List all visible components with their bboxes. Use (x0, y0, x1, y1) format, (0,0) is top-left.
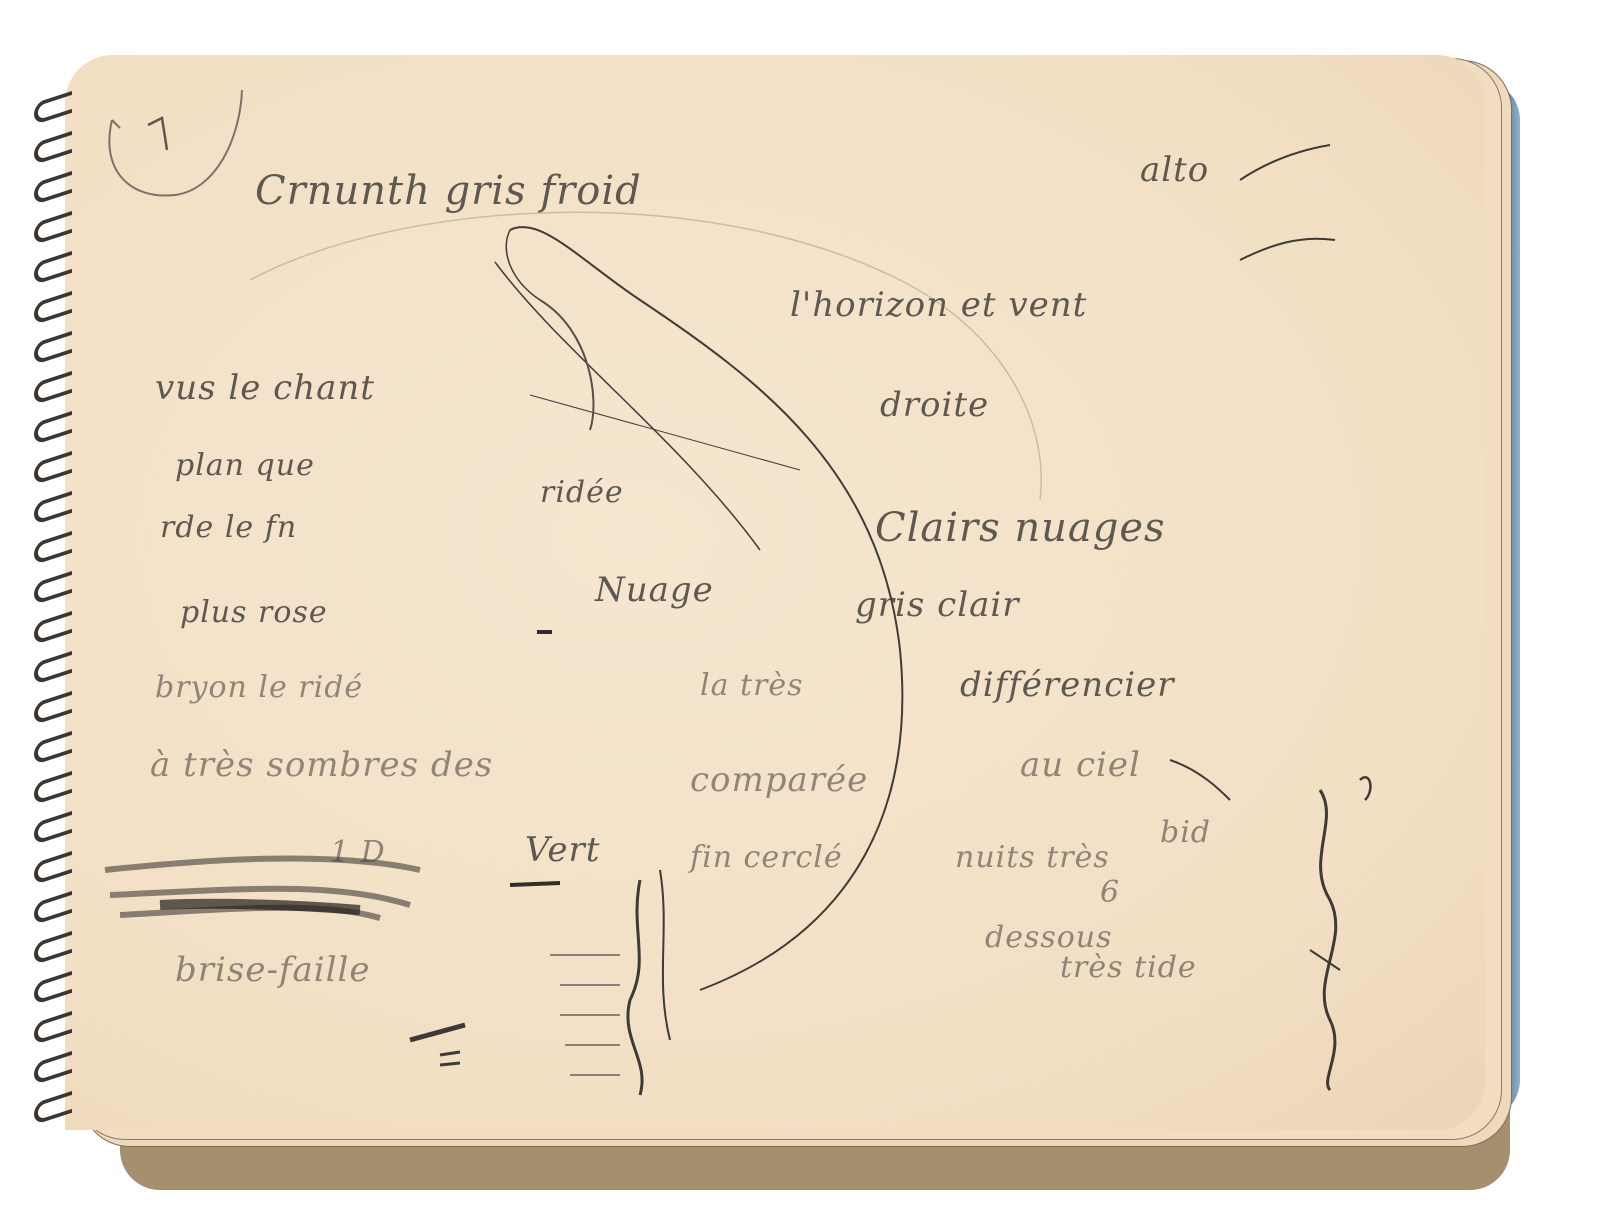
note-line4c-text: ridée (540, 475, 624, 510)
note-line8c-text: fin cerclé (690, 840, 843, 875)
note-line9-text: brise-faille (175, 950, 371, 990)
note-line4b-text: rde le fn (160, 510, 297, 545)
note-line8e-text: bid (1160, 815, 1211, 850)
note-line8f-text: 6 (1100, 875, 1120, 910)
note-line7b-text: comparée (690, 760, 868, 800)
note-line6b-text: la très (700, 668, 804, 703)
note-line3-word: droite (880, 385, 989, 425)
note-line5b-text: Nuage (595, 570, 714, 610)
note-line8b-text: Vert (525, 830, 600, 870)
note-line9c-text: très tide (1060, 950, 1197, 985)
note-line6-text: bryon le ridé (155, 670, 363, 705)
note-line7c-text: au ciel (1020, 745, 1141, 785)
sketchbook: Crnunth gris froid alto l'horizon et ven… (0, 0, 1600, 1215)
note-line2-text: l'horizon et vent (790, 285, 1087, 325)
note-line4-text: plan que (175, 448, 315, 483)
note-line5-text: plus rose (180, 595, 328, 630)
note-line3-text: vus le chant (155, 368, 375, 408)
note-line7-text: à très sombres des (150, 745, 493, 785)
note-line5c-text: gris clair (855, 585, 1019, 625)
note-line8d-text: nuits très (955, 840, 1110, 875)
note-line1-text: Crnunth gris froid (255, 168, 642, 214)
note-line6c-text: différencier (960, 665, 1175, 705)
note-line8-text: 1 D (330, 835, 386, 870)
note-line4d-text: Clairs nuages (875, 505, 1166, 551)
note-line1-word: alto (1140, 150, 1209, 190)
